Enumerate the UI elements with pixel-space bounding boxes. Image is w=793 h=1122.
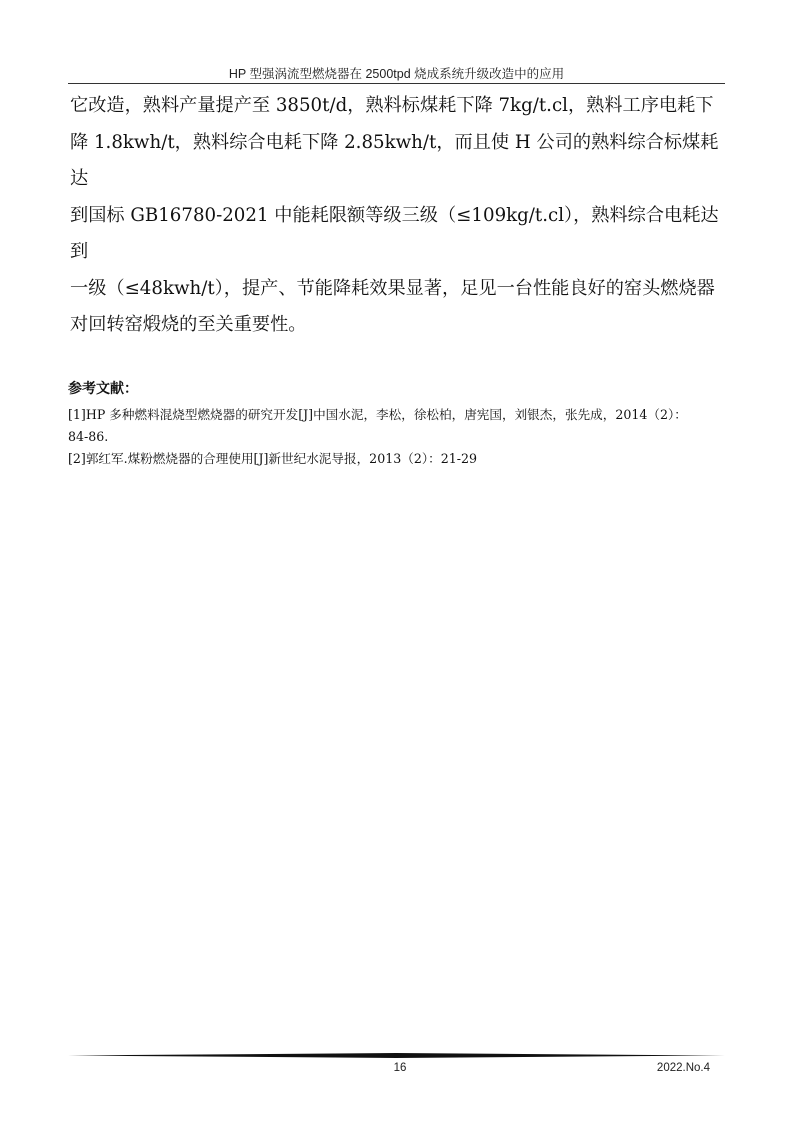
paragraph-line: 降 1.8kwh/t，熟料综合电耗下降 2.85kwh/t，而且使 H 公司的熟… bbox=[70, 125, 730, 198]
paragraph-line: 到国标 GB16780-2021 中能耗限额等级三级（≤109kg/t.cl），… bbox=[70, 198, 730, 271]
reference-item: [1]HP 多种燃料混烧型燃烧器的研究开发[J]中国水泥，李松，徐松柏，唐宪国，… bbox=[68, 404, 738, 426]
body-paragraph: 它改造，熟料产量提产至 3850t/d，熟料标煤耗下降 7kg/t.cl，熟料工… bbox=[70, 88, 730, 344]
paragraph-line: 一级（≤48kwh/t），提产、节能降耗效果显著，足见一台性能良好的窑头燃烧器 bbox=[70, 271, 730, 308]
footer-divider bbox=[68, 1053, 725, 1058]
running-header: HP 型强涡流型燃烧器在 2500tpd 烧成系统升级改造中的应用 bbox=[68, 64, 725, 82]
page-number: 16 bbox=[380, 1062, 420, 1074]
reference-item: [2]郭红军.煤粉燃烧器的合理使用[J]新世纪水泥导报，2013（2）：21-2… bbox=[68, 448, 738, 470]
tapered-rule-icon bbox=[68, 1053, 725, 1058]
paragraph-line: 对回转窑煅烧的至关重要性。 bbox=[70, 307, 730, 344]
header-divider bbox=[68, 83, 725, 84]
references-title: 参考文献： bbox=[68, 378, 738, 398]
reference-item: 84-86. bbox=[68, 426, 738, 448]
paragraph-line: 它改造，熟料产量提产至 3850t/d，熟料标煤耗下降 7kg/t.cl，熟料工… bbox=[70, 88, 730, 125]
issue-label: 2022.No.4 bbox=[610, 1062, 710, 1074]
references-section: 参考文献： [1]HP 多种燃料混烧型燃烧器的研究开发[J]中国水泥，李松，徐松… bbox=[68, 378, 738, 470]
